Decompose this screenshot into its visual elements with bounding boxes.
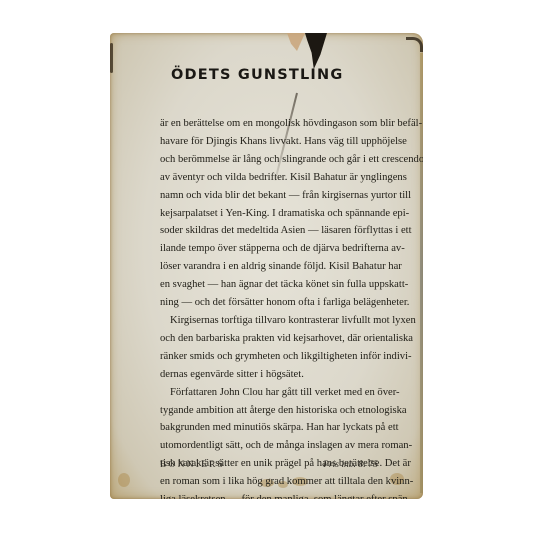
worn-edge xyxy=(110,43,113,73)
blurb-line: havare för Djingis Khans livvakt. Hans v… xyxy=(160,133,378,151)
stain xyxy=(118,473,130,487)
blurb-line: liga läsekretsen — för den manliga, som … xyxy=(160,491,378,499)
book-back-cover: ÖDETS GUNSTLING är en berättelse om en m… xyxy=(110,33,423,499)
blurb-line: ning — och det försätter honom ofta i fa… xyxy=(160,294,378,312)
price-label: Pris inb. 8: 75 xyxy=(323,460,378,470)
blurb-text: är en berättelse om en mongolisk hövding… xyxy=(160,115,378,499)
cover-footer: BONNIERS Pris inb. 8: 75 xyxy=(160,460,378,470)
blurb-line: ränker smids och grymheten och likgiltig… xyxy=(160,348,378,366)
blurb-line: bakgrunden med minutiös skärpa. Han har … xyxy=(160,419,378,437)
blurb-line: en roman som i lika hög grad kommer att … xyxy=(160,473,378,491)
blurb-line: Författaren John Clou har gått till verk… xyxy=(160,384,378,402)
blurb-line: är en berättelse om en mongolisk hövding… xyxy=(160,115,378,133)
blurb-line: ilande tempo över stäpperna och de djärv… xyxy=(160,240,378,258)
blurb-line: Kirgisernas torftiga tillvaro kontraster… xyxy=(160,312,378,330)
blurb-line: namn och vida blir det bekant — från kir… xyxy=(160,187,378,205)
tear-flap xyxy=(285,33,305,51)
blurb-line: utomordentligt sätt, och de många inslag… xyxy=(160,437,378,455)
photo-stage: ÖDETS GUNSTLING är en berättelse om en m… xyxy=(0,0,533,533)
blurb-line: tygande ambition att återge den historis… xyxy=(160,402,378,420)
tear-mark xyxy=(305,33,327,69)
publisher-name: BONNIERS xyxy=(160,460,225,470)
blurb-line: av äventyr och vilda bedrifter. Kisil Ba… xyxy=(160,169,378,187)
blurb-line: soder skildras det medeltida Asien — läs… xyxy=(160,222,378,240)
blurb-line: och den barbariska prakten vid kejsarhov… xyxy=(160,330,378,348)
book-title: ÖDETS GUNSTLING xyxy=(171,67,343,83)
blurb-line: kejsarpalatset i Yen-King. I dramatiska … xyxy=(160,205,378,223)
blurb-line: löser varandra i en aldrig sinande följd… xyxy=(160,258,378,276)
blurb-line: en svaghet — han ägnar det täcka könet s… xyxy=(160,276,378,294)
blurb-line: och berömmelse är lång och slingrande oc… xyxy=(160,151,378,169)
worn-corner xyxy=(406,37,423,52)
blurb-line: dernas egenvärde sitter i högsätet. xyxy=(160,366,378,384)
